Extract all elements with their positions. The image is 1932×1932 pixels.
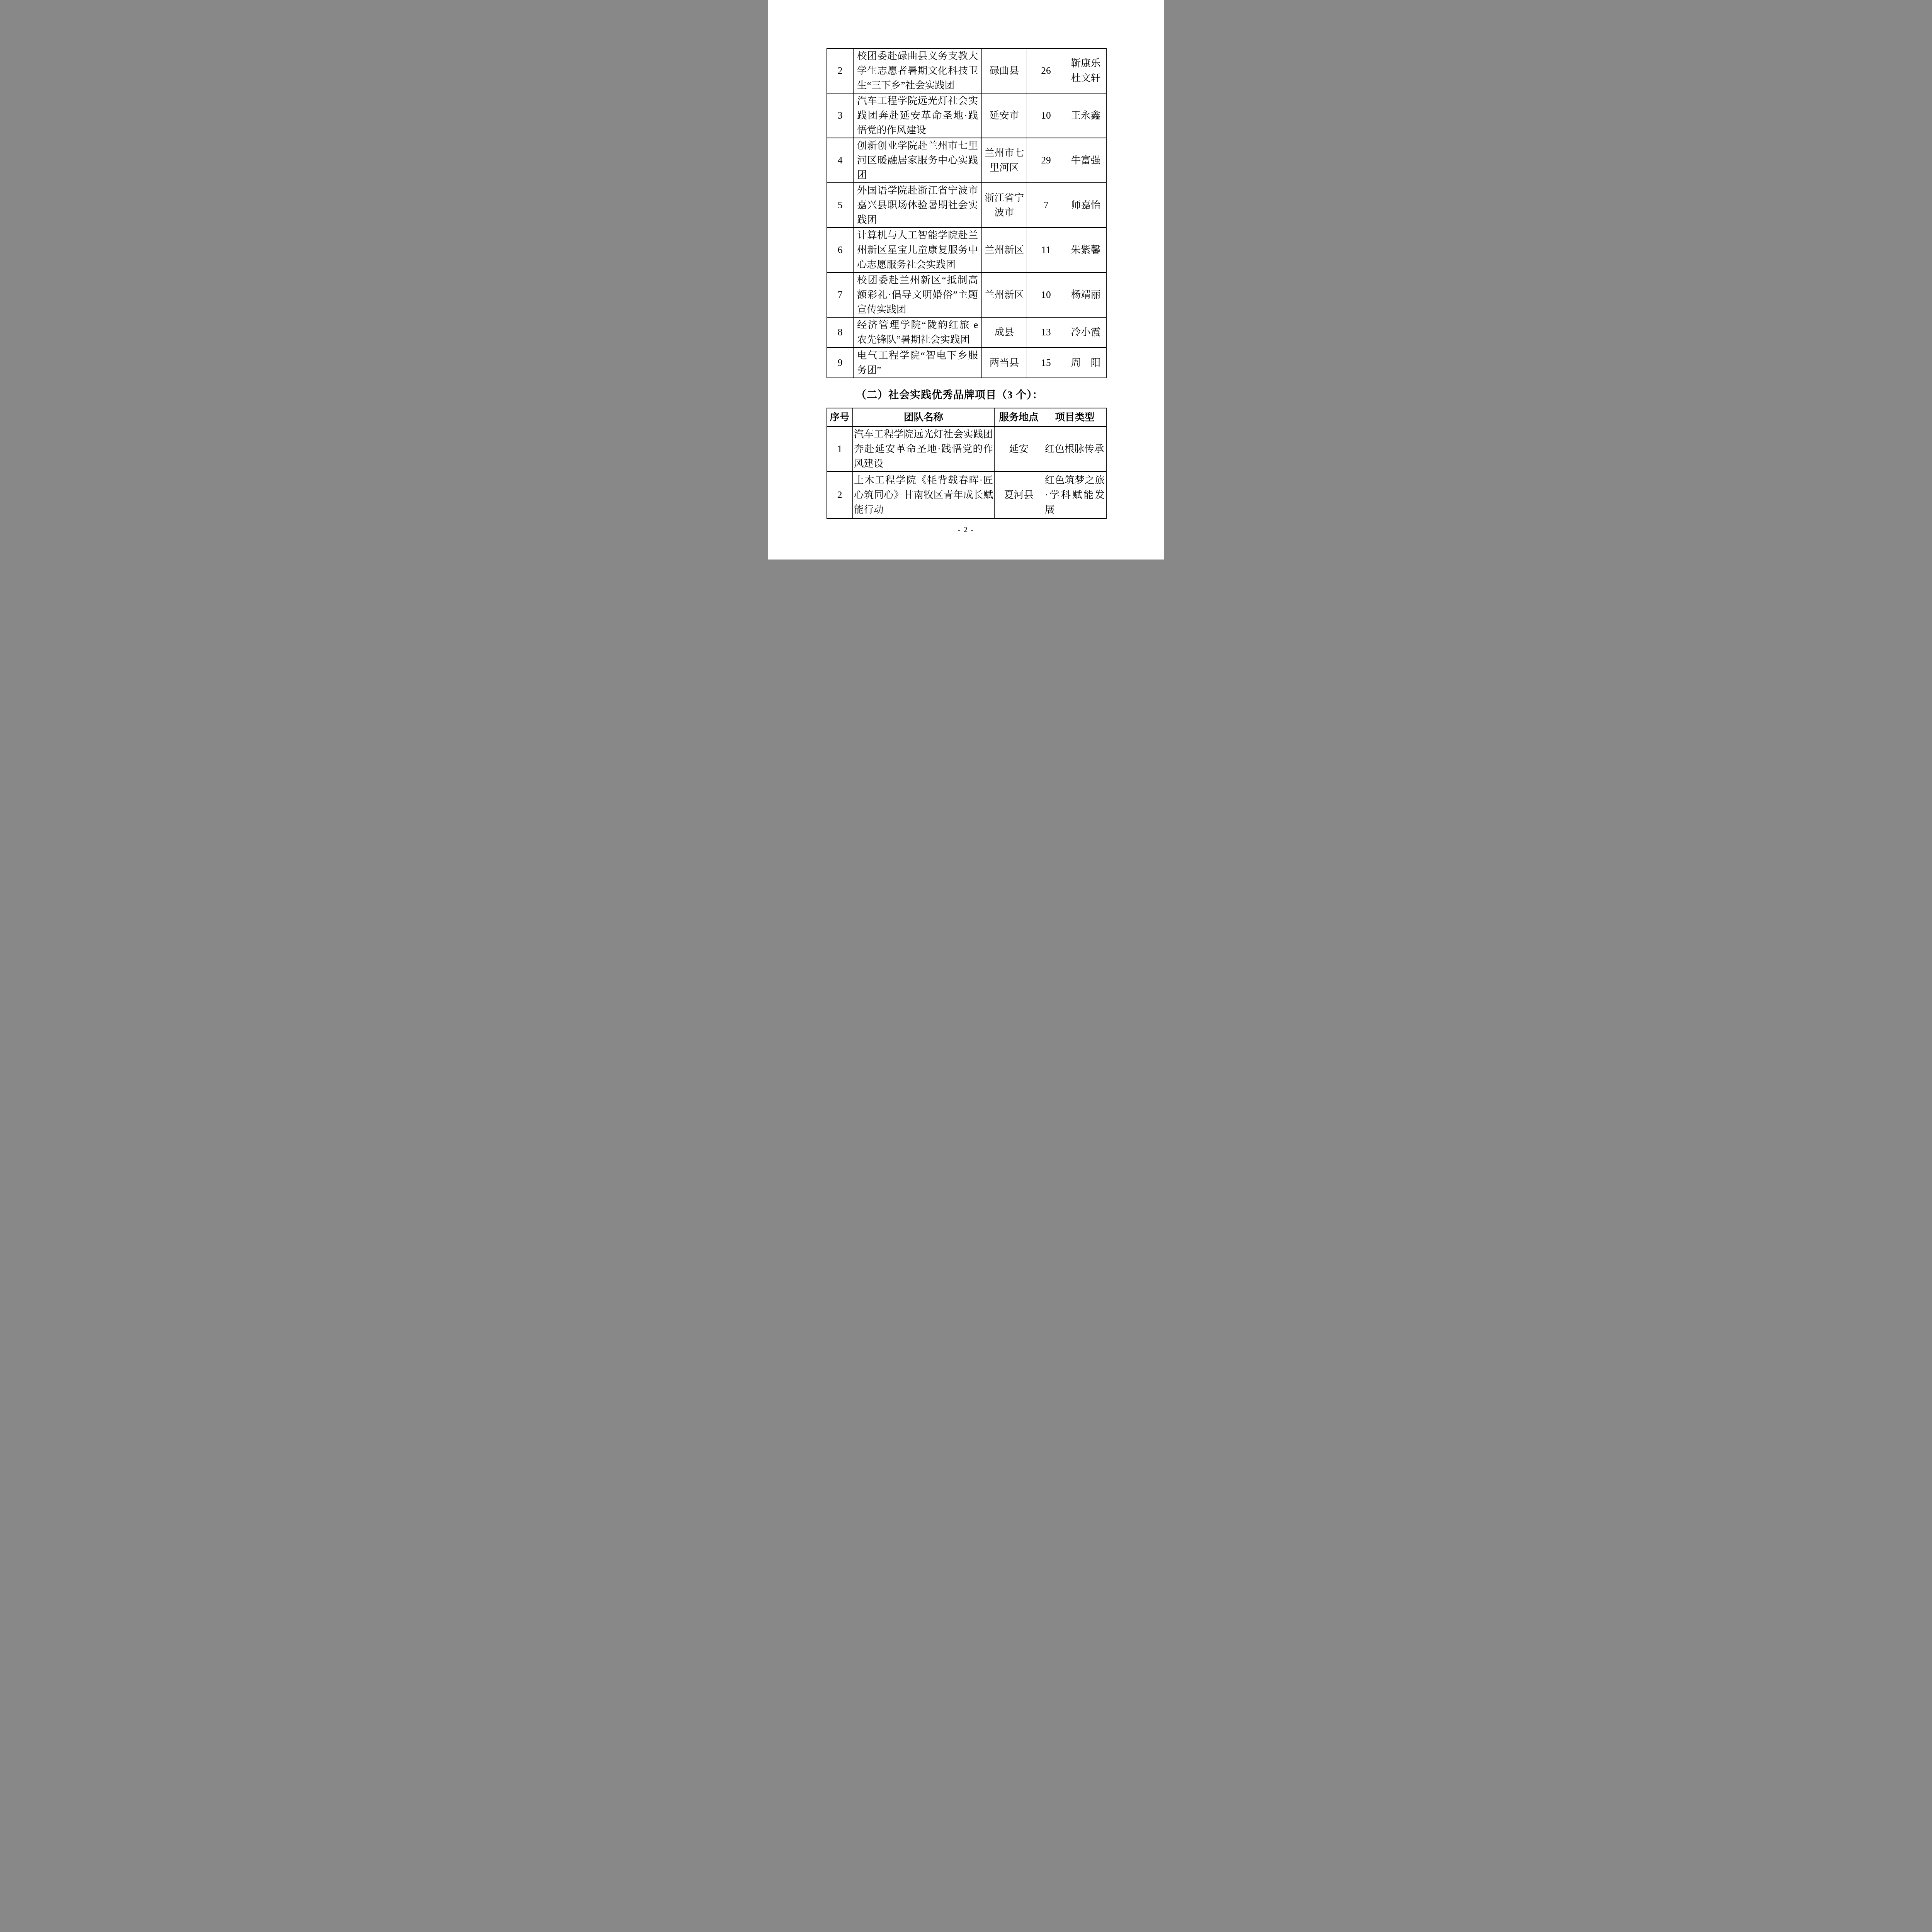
cell-team-name: 汽车工程学院远光灯社会实践团奔赴延安革命圣地·践悟党的作风建设 (853, 427, 995, 471)
table-row: 3汽车工程学院远光灯社会实践团奔赴延安革命圣地·践悟党的作风建设延安市10王永鑫 (827, 93, 1107, 138)
cell-serial-number: 3 (827, 93, 854, 138)
cell-serial-number: 8 (827, 317, 854, 347)
cell-serial-number: 2 (827, 48, 854, 93)
cell-team-name: 计算机与人工智能学院赴兰州新区星宝儿童康复服务中心志愿服务社会实践团 (854, 228, 982, 272)
leader-name-line: 靳康乐 (1067, 56, 1105, 71)
brand-projects-table-body: 1汽车工程学院远光灯社会实践团奔赴延安革命圣地·践悟党的作风建设延安红色根脉传承… (827, 427, 1107, 519)
cell-leader-name: 靳康乐杜文轩 (1065, 48, 1107, 93)
cell-serial-number: 2 (827, 471, 853, 519)
column-header: 服务地点 (995, 408, 1043, 427)
table-row: 5外国语学院赴浙江省宁波市嘉兴县职场体验暑期社会实践团浙江省宁波市7师嘉怡 (827, 183, 1107, 228)
table-row: 2土木工程学院《牦背载春晖·匠心筑同心》甘南牧区青年成长赋能行动夏河县红色筑梦之… (827, 471, 1107, 519)
leader-name-line: 杜文轩 (1067, 71, 1105, 85)
cell-service-place: 兰州新区 (982, 228, 1027, 272)
cell-member-count: 11 (1027, 228, 1065, 272)
cell-service-place: 两当县 (982, 347, 1027, 378)
table-header-row: 序号团队名称服务地点项目类型 (827, 408, 1107, 427)
cell-serial-number: 6 (827, 228, 854, 272)
teams-table: 2校团委赴碌曲县义务支教大学生志愿者暑期文化科技卫生“三下乡”社会实践团碌曲县2… (827, 48, 1107, 378)
cell-team-name: 电气工程学院“智电下乡服务团” (854, 347, 982, 378)
cell-member-count: 13 (1027, 317, 1065, 347)
cell-leader-name: 师嘉怡 (1065, 183, 1107, 228)
cell-project-type: 红色筑梦之旅·学科赋能发展 (1043, 471, 1107, 519)
document-page: 2校团委赴碌曲县义务支教大学生志愿者暑期文化科技卫生“三下乡”社会实践团碌曲县2… (768, 0, 1164, 560)
table-row: 2校团委赴碌曲县义务支教大学生志愿者暑期文化科技卫生“三下乡”社会实践团碌曲县2… (827, 48, 1107, 93)
cell-team-name: 校团委赴兰州新区“抵制高额彩礼·倡导文明婚俗”主题宣传实践团 (854, 272, 982, 317)
page-content: 2校团委赴碌曲县义务支教大学生志愿者暑期文化科技卫生“三下乡”社会实践团碌曲县2… (768, 0, 1164, 534)
cell-serial-number: 1 (827, 427, 853, 471)
page-number: - 2 - (768, 526, 1164, 534)
table-row: 4创新创业学院赴兰州市七里河区暖融居家服务中心实践团兰州市七里河区29牛富强 (827, 138, 1107, 183)
leader-name-line: 师嘉怡 (1067, 198, 1105, 213)
cell-project-type: 红色根脉传承 (1043, 427, 1107, 471)
cell-team-name: 校团委赴碌曲县义务支教大学生志愿者暑期文化科技卫生“三下乡”社会实践团 (854, 48, 982, 93)
cell-service-place: 夏河县 (995, 471, 1043, 519)
cell-service-place: 延安市 (982, 93, 1027, 138)
cell-team-name: 创新创业学院赴兰州市七里河区暖融居家服务中心实践团 (854, 138, 982, 183)
cell-serial-number: 9 (827, 347, 854, 378)
cell-service-place: 碌曲县 (982, 48, 1027, 93)
cell-service-place: 成县 (982, 317, 1027, 347)
cell-serial-number: 5 (827, 183, 854, 228)
cell-member-count: 10 (1027, 93, 1065, 138)
table-row: 1汽车工程学院远光灯社会实践团奔赴延安革命圣地·践悟党的作风建设延安红色根脉传承 (827, 427, 1107, 471)
brand-projects-table: 序号团队名称服务地点项目类型 1汽车工程学院远光灯社会实践团奔赴延安革命圣地·践… (827, 408, 1107, 519)
cell-serial-number: 4 (827, 138, 854, 183)
cell-team-name: 土木工程学院《牦背载春晖·匠心筑同心》甘南牧区青年成长赋能行动 (853, 471, 995, 519)
column-header: 项目类型 (1043, 408, 1107, 427)
cell-service-place: 兰州市七里河区 (982, 138, 1027, 183)
cell-service-place: 兰州新区 (982, 272, 1027, 317)
cell-leader-name: 冷小霞 (1065, 317, 1107, 347)
column-header: 团队名称 (853, 408, 995, 427)
cell-member-count: 15 (1027, 347, 1065, 378)
cell-member-count: 26 (1027, 48, 1065, 93)
cell-member-count: 29 (1027, 138, 1065, 183)
cell-leader-name: 杨靖丽 (1065, 272, 1107, 317)
cell-team-name: 经济管理学院“陇韵红旅 e 农先锋队”暑期社会实践团 (854, 317, 982, 347)
leader-name-line: 杨靖丽 (1067, 287, 1105, 302)
leader-name-line: 王永鑫 (1067, 108, 1105, 123)
table-row: 7校团委赴兰州新区“抵制高额彩礼·倡导文明婚俗”主题宣传实践团兰州新区10杨靖丽 (827, 272, 1107, 317)
section-heading: （二）社会实践优秀品牌项目（3 个）： (856, 388, 1164, 402)
cell-serial-number: 7 (827, 272, 854, 317)
brand-projects-table-head: 序号团队名称服务地点项目类型 (827, 408, 1107, 427)
column-header: 序号 (827, 408, 853, 427)
cell-leader-name: 王永鑫 (1065, 93, 1107, 138)
cell-team-name: 汽车工程学院远光灯社会实践团奔赴延安革命圣地·践悟党的作风建设 (854, 93, 982, 138)
leader-name-line: 牛富强 (1067, 153, 1105, 168)
cell-leader-name: 朱紫馨 (1065, 228, 1107, 272)
table-row: 9电气工程学院“智电下乡服务团”两当县15周 阳 (827, 347, 1107, 378)
cell-team-name: 外国语学院赴浙江省宁波市嘉兴县职场体验暑期社会实践团 (854, 183, 982, 228)
cell-service-place: 浙江省宁波市 (982, 183, 1027, 228)
cell-member-count: 10 (1027, 272, 1065, 317)
cell-member-count: 7 (1027, 183, 1065, 228)
cell-leader-name: 牛富强 (1065, 138, 1107, 183)
table-row: 6计算机与人工智能学院赴兰州新区星宝儿童康复服务中心志愿服务社会实践团兰州新区1… (827, 228, 1107, 272)
leader-name-line: 冷小霞 (1067, 325, 1105, 340)
table-row: 8经济管理学院“陇韵红旅 e 农先锋队”暑期社会实践团成县13冷小霞 (827, 317, 1107, 347)
leader-name-line: 周 阳 (1067, 355, 1105, 370)
teams-table-body: 2校团委赴碌曲县义务支教大学生志愿者暑期文化科技卫生“三下乡”社会实践团碌曲县2… (827, 48, 1107, 378)
cell-service-place: 延安 (995, 427, 1043, 471)
cell-leader-name: 周 阳 (1065, 347, 1107, 378)
leader-name-line: 朱紫馨 (1067, 243, 1105, 257)
